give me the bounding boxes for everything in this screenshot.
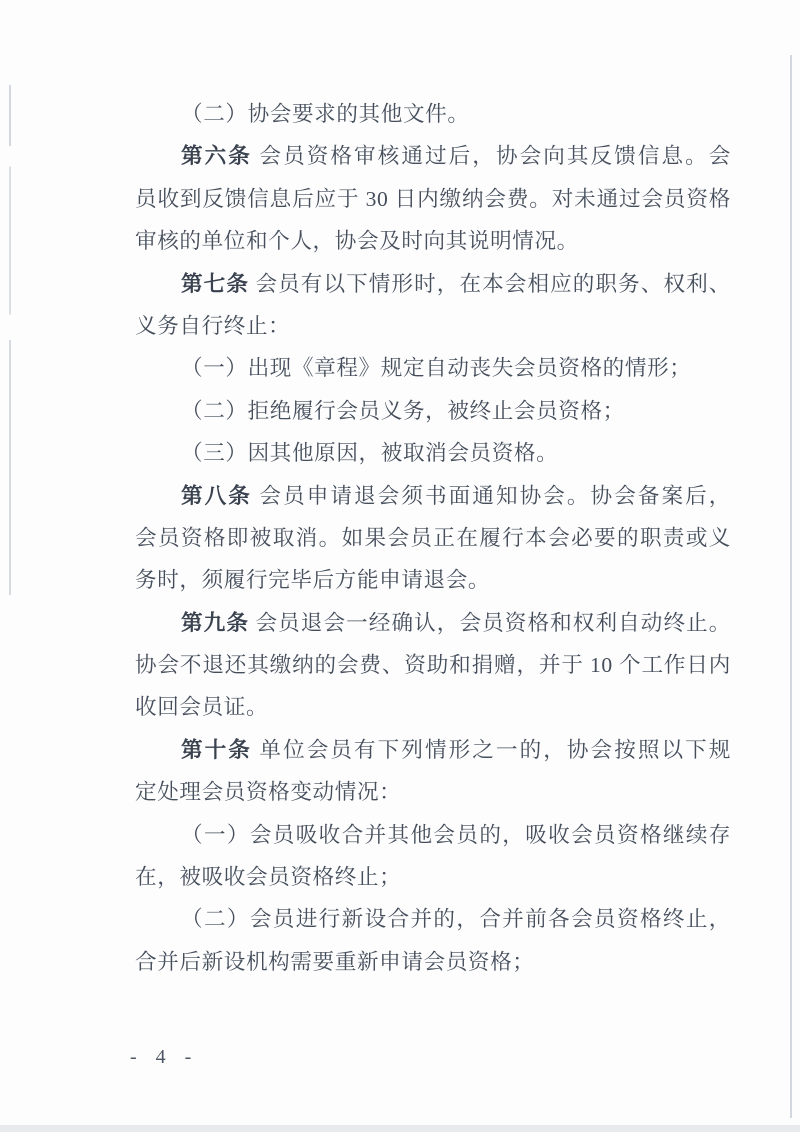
text-line: 定处理会员资格变动情况：: [135, 771, 731, 813]
line-text: 单位会员有下列情形之一的，协会按照以下规: [252, 738, 731, 762]
text-line: 第十条 单位会员有下列情形之一的，协会按照以下规: [135, 729, 731, 771]
line-text: （一）会员吸收合并其他会员的，吸收会员资格继续存: [181, 823, 731, 847]
line-text: （三）因其他原因，被取消会员资格。: [181, 441, 558, 465]
text-line: 会员资格即被取消。如果会员正在履行本会必要的职责或义: [135, 517, 731, 559]
article-number: 第八条: [181, 484, 252, 508]
line-text: 合并后新设机构需要重新申请会员资格；: [135, 950, 535, 974]
text-line: 收回会员证。: [135, 686, 731, 728]
text-line: 在，被吸收会员资格终止；: [135, 856, 731, 898]
text-line: （三）因其他原因，被取消会员资格。: [135, 432, 731, 474]
page-number: - 4 -: [130, 1046, 198, 1069]
line-text: 员收到反馈信息后应于 30 日内缴纳会费。对未通过会员资格: [135, 187, 731, 211]
text-line: （一）出现《章程》规定自动丧失会员资格的情形；: [135, 347, 731, 389]
line-text: 审核的单位和个人，协会及时向其说明情况。: [135, 229, 579, 253]
scan-edge-left-line: [9, 85, 11, 595]
text-line: 第七条 会员有以下情形时，在本会相应的职务、权利、: [135, 263, 731, 305]
line-text: 务时，须履行完毕后方能申请退会。: [135, 568, 490, 592]
line-text: （二）会员进行新设合并的，合并前各会员资格终止，: [181, 907, 731, 931]
text-line: （二）拒绝履行会员义务，被终止会员资格；: [135, 390, 731, 432]
article-number: 第七条: [181, 272, 249, 296]
text-line: 义务自行终止：: [135, 305, 731, 347]
line-text: （二）协会要求的其他文件。: [181, 102, 470, 126]
article-number: 第九条: [181, 611, 249, 635]
scanned-page: （二）协会要求的其他文件。第六条 会员资格审核通过后，协会向其反馈信息。会员收到…: [0, 0, 800, 1132]
text-line: （一）会员吸收合并其他会员的，吸收会员资格继续存: [135, 814, 731, 856]
line-text: 会员申请退会须书面通知协会。协会备案后，: [252, 484, 731, 508]
text-line: 审核的单位和个人，协会及时向其说明情况。: [135, 220, 731, 262]
text-line: 务时，须履行完毕后方能申请退会。: [135, 559, 731, 601]
text-line: 第九条 会员退会一经确认，会员资格和权利自动终止。: [135, 602, 731, 644]
article-number: 第十条: [181, 738, 252, 762]
text-line: 协会不退还其缴纳的会费、资助和捐赠，并于 10 个工作日内: [135, 644, 731, 686]
line-text: 义务自行终止：: [135, 314, 290, 338]
text-line: （二）协会要求的其他文件。: [135, 93, 731, 135]
line-text: 在，被吸收会员资格终止；: [135, 865, 401, 889]
line-text: 收回会员证。: [135, 695, 268, 719]
line-text: 会员资格审核通过后，协会向其反馈信息。会: [252, 144, 731, 168]
scan-edge-right-line: [790, 55, 792, 1118]
line-text: 会员退会一经确认，会员资格和权利自动终止。: [249, 611, 731, 635]
text-line: 第六条 会员资格审核通过后，协会向其反馈信息。会: [135, 135, 731, 177]
line-text: （一）出现《章程》规定自动丧失会员资格的情形；: [181, 356, 691, 380]
text-line: 合并后新设机构需要重新申请会员资格；: [135, 941, 731, 983]
text-line: 第八条 会员申请退会须书面通知协会。协会备案后，: [135, 475, 731, 517]
line-text: 会员有以下情形时，在本会相应的职务、权利、: [249, 272, 731, 296]
text-line: 员收到反馈信息后应于 30 日内缴纳会费。对未通过会员资格: [135, 178, 731, 220]
line-text: 协会不退还其缴纳的会费、资助和捐赠，并于 10 个工作日内: [135, 653, 731, 677]
line-text: 会员资格即被取消。如果会员正在履行本会必要的职责或义: [135, 526, 731, 550]
scan-edge-bottom-strip: [0, 1125, 800, 1132]
line-text: 定处理会员资格变动情况：: [135, 780, 401, 804]
document-body: （二）协会要求的其他文件。第六条 会员资格审核通过后，协会向其反馈信息。会员收到…: [135, 93, 731, 983]
text-line: （二）会员进行新设合并的，合并前各会员资格终止，: [135, 898, 731, 940]
line-text: （二）拒绝履行会员义务，被终止会员资格；: [181, 399, 625, 423]
article-number: 第六条: [181, 144, 252, 168]
